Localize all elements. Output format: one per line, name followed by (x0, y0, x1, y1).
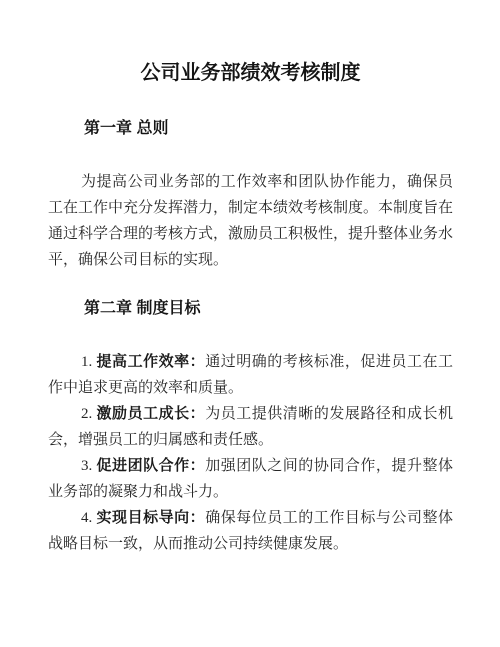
goal-item-1-label: 提高工作效率： (97, 354, 206, 370)
chapter-1-heading: 第一章 总则 (48, 117, 453, 141)
goal-item-3-label: 促进团队合作： (97, 458, 206, 474)
goal-item-1: 1. 提高工作效率：通过明确的考核标准，促进员工在工作中追求更高的效率和质量。 (48, 349, 453, 401)
goal-item-4: 4. 实现目标导向：确保每位员工的工作目标与公司整体战略目标一致，从而推动公司持… (48, 505, 453, 557)
goal-item-2-number: 2. (81, 406, 97, 422)
goal-item-2-label: 激励员工成长： (97, 406, 206, 422)
goal-item-1-number: 1. (81, 354, 97, 370)
document-page: 公司业务部绩效考核制度 第一章 总则 为提高公司业务部的工作效率和团队协作能力，… (0, 0, 500, 647)
document-title: 公司业务部绩效考核制度 (48, 58, 453, 89)
chapter-1-paragraph: 为提高公司业务部的工作效率和团队协作能力，确保员工在工作中充分发挥潜力，制定本绩… (48, 169, 453, 273)
goal-item-3-number: 3. (81, 458, 97, 474)
goal-item-4-number: 4. (81, 510, 97, 526)
goal-item-4-label: 实现目标导向： (97, 510, 206, 526)
goal-item-3: 3. 促进团队合作：加强团队之间的协同合作，提升整体业务部的凝聚力和战斗力。 (48, 453, 453, 505)
chapter-2-heading: 第二章 制度目标 (48, 297, 453, 321)
goal-item-2: 2. 激励员工成长：为员工提供清晰的发展路径和成长机会，增强员工的归属感和责任感… (48, 401, 453, 453)
